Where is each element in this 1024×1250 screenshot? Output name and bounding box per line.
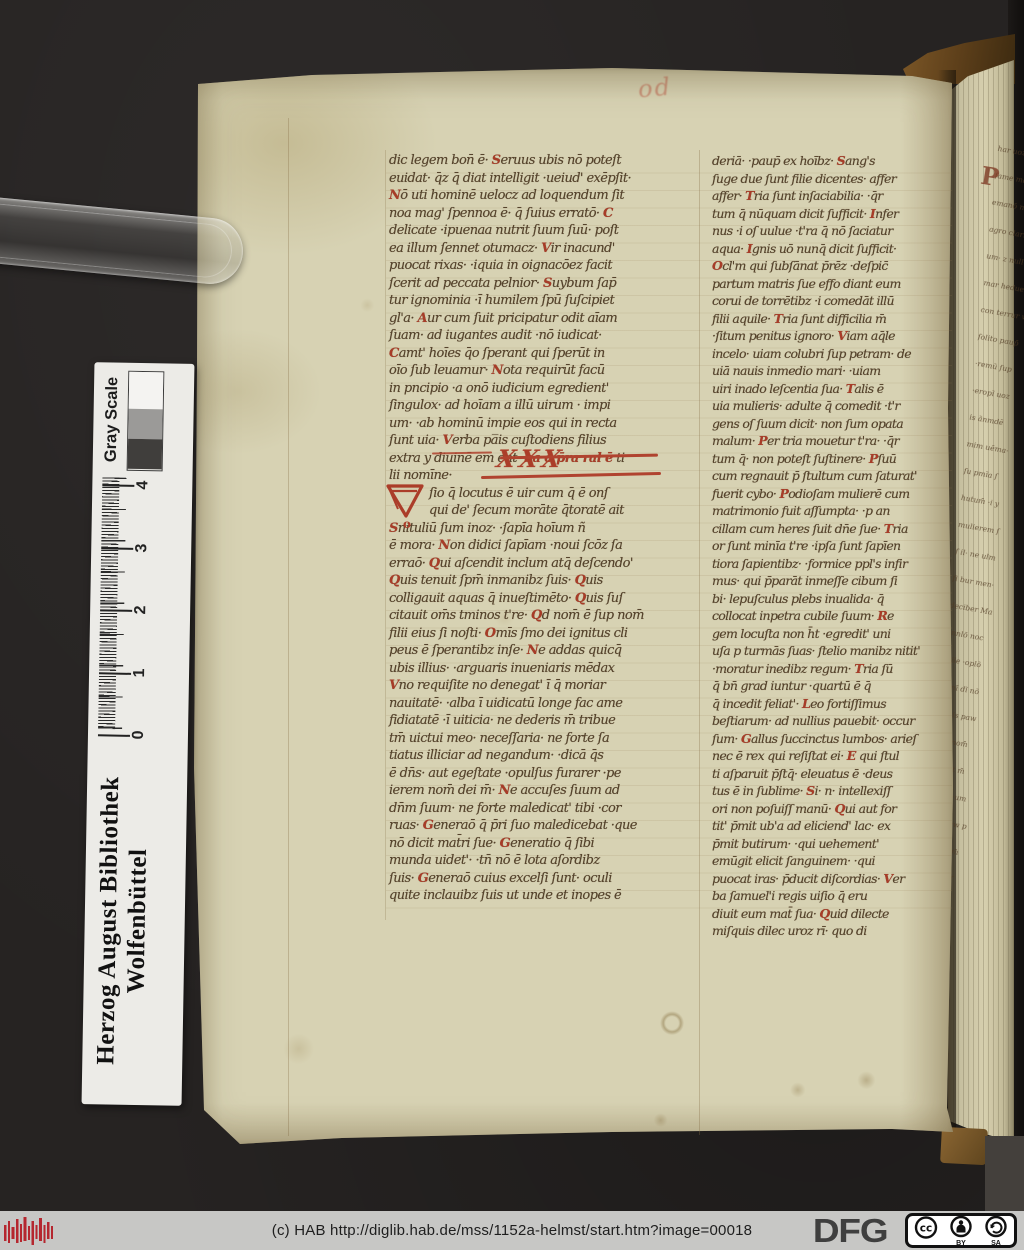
manuscript-line: ·moratur inedibz regum· Tria ſū	[712, 660, 952, 678]
manuscript-line: Quis tenuit ſpm̄ inmanibz ſuis· Quis	[389, 572, 705, 590]
manuscript-line: affer· Tria ſunt inſaciabilia· ·q̄r	[712, 187, 952, 205]
manuscript-line: puocat rixas· ·iquia in oignacōez facit	[389, 257, 705, 275]
manuscript-line: delicate ·ipuenaa nutrit ſuum ſuū· poſt	[389, 222, 705, 240]
manuscript-line: gem locuſta non h̄t ·egredit' uni	[712, 625, 952, 643]
manuscript-line: dn̄m ſuum· ne forte maledicat' tibi ·cor	[389, 800, 705, 818]
rubric-highlight: L	[802, 696, 810, 711]
manuscript-line: tiatus illiciar ad negandum· ·dicā q̄s	[389, 747, 705, 765]
manuscript-line: cillam cum heres ſuit dn̄e ſue· Tria	[712, 520, 952, 538]
gray-patch-0	[129, 372, 164, 410]
manuscript-line: beſtiarum· ad nullius pauebit· occur	[712, 712, 952, 730]
cc-by-sa-badge: cc BY SA	[905, 1213, 1017, 1248]
manuscript-line: ruas· Generaō q̄ p̄ri ſuo maledicebat ·q…	[389, 817, 705, 835]
manuscript-line: erraō· Qui aſcendit inclum atq̄ deſcendo…	[389, 555, 705, 573]
manuscript-line: ſingulox· ad hoīam a illū uirum · impi	[389, 397, 705, 415]
manuscript-line: bi· lepuſculus plebs inualida· q̄	[712, 590, 952, 608]
rubric-highlight: N	[389, 188, 400, 203]
ruler-tick-long	[98, 734, 130, 737]
column-ruling-line-left	[385, 150, 386, 920]
manuscript-line: fuerit cybo· Podioſam mulierē cum	[712, 485, 952, 503]
manuscript-line: q̄ bn̄ grad iuntur ·quartū ē q̄	[712, 677, 952, 695]
manuscript-line: aqua· Ignis uō nunq̄ dicit ſufficit·	[712, 240, 952, 258]
manuscript-line: uia mulieris· adulte q̄ comedit ·t'r	[712, 397, 952, 415]
rubric-highlight: R	[877, 608, 887, 623]
manuscript-line: qui de' ſecum morāte q̄toratē ait	[389, 502, 705, 520]
rubric-highlight: N	[499, 783, 510, 798]
rubric-highlight: I	[870, 206, 875, 221]
rubric-highlight: V	[389, 678, 399, 693]
manuscript-line: ē dn̄s· aut egeſtate ·opulſus furarer ·p…	[389, 765, 705, 783]
rubric-highlight: G	[741, 731, 751, 746]
rubric-highlight: P	[758, 433, 767, 448]
backdrop-patch	[985, 1136, 1024, 1211]
rubric-highlight: P	[869, 451, 878, 466]
ruler-number: 3	[132, 536, 152, 558]
manuscript-line: emūgit elicit ſanguinem· ·qui	[712, 852, 952, 870]
manuscript-line: malum· Per tria mouetur t'ra· ·q̄r	[712, 432, 952, 450]
rubric-highlight: I	[747, 241, 752, 256]
manuscript-line: ſum· Gallus ſuccinctus lumbos· arieſ	[712, 730, 952, 748]
manuscript-line: munda uidet'· ·tn̄ nō ē lota aſordibz	[389, 852, 705, 870]
manuscript-line: q̄ incedit feliat'· Leo fortiſſimus	[712, 695, 952, 713]
manuscript-line: partum matris ſue effo diant eum	[712, 275, 952, 293]
cc-sa-label: SA	[991, 1240, 1001, 1247]
gray-patch-1	[128, 409, 163, 440]
manuscript-line: gens oſ ſuum dicit· non ſum opata	[712, 415, 952, 433]
manuscript-line: or ſunt minīa t're ·ipſa ſunt ſapīen	[712, 537, 952, 555]
rubric-highlight: T	[854, 661, 863, 676]
manuscript-line: p̄mit butirum· ·qui uehement'	[712, 835, 952, 853]
manuscript-line: dic legem bon̄ ē· Seruus ubis nō poteſt	[389, 152, 705, 170]
manuscript-line: nō dicit mat̄ri ſue· Generatio q̄ ſibi	[389, 835, 705, 853]
rubric-highlight: Q	[389, 573, 400, 588]
rubric-highlight: T	[846, 381, 855, 396]
rubric-highlight: Q	[575, 573, 586, 588]
gray-scale-label: Gray Scale	[100, 364, 124, 474]
manuscript-line: corui de torrētibz ·i comedāt illū	[712, 292, 952, 310]
manuscript-line: deriā· ·paup̄ ex hoībz· Sang's	[712, 152, 952, 170]
manuscript-line: mus· qui p̄parāt inmeſſe cibum ſi	[712, 572, 952, 590]
margin-ruling-line	[288, 118, 289, 1136]
calibration-card: Gray Scale Herzog August Bibliothek Wolf…	[82, 362, 195, 1106]
rubric-highlight: S	[389, 521, 398, 536]
manuscript-line: uiri inado leſcentia ſua· Talis ē	[712, 380, 952, 398]
manuscript-line: noa mag' ſpennoa ē· q̄ ſuius erratō· C	[389, 205, 705, 223]
rubric-highlight: A	[417, 311, 427, 326]
gray-scale-patches	[127, 371, 165, 472]
ruler-number: 4	[133, 474, 153, 496]
rubric-highlight: O	[712, 258, 722, 273]
manuscript-line: ubis illius· ·arguaris inueniaris mēdax	[389, 660, 705, 678]
rubric-highlight: G	[423, 818, 434, 833]
rubric-highlight: G	[500, 836, 511, 851]
rubric-highlight: V	[442, 433, 452, 448]
rubric-highlight: V	[541, 241, 551, 256]
manuscript-line: nus ·i oſ uulue ·t'ra q̄ nō ſaciatur	[712, 222, 952, 240]
institution-label: Herzog August Bibliothek Wolfenbüttel	[91, 770, 158, 1071]
rubric-highlight: S	[492, 153, 501, 168]
rubric-highlight: Q	[819, 906, 829, 921]
decorated-initial-v	[385, 479, 427, 521]
manuscript-line: Camt' hoīes q̄o ſperant qui ſperūt in	[389, 345, 705, 363]
manuscript-line: ori non poſuiſſ manū· Qui aut for	[712, 800, 952, 818]
rubric-highlight: O	[485, 626, 496, 641]
manuscript-line: tiora ſapientibz· ·formice ppl's infir	[712, 555, 952, 573]
rubric-highlight: C	[603, 206, 613, 221]
ruler-major-ticks	[98, 477, 126, 729]
manuscript-line: tus ē in ſublime· Si· n· intellexiſſ	[712, 782, 952, 800]
manuscript-line: Snituliū ſum inoz· ·ſapīa hoīum ñ	[389, 520, 705, 538]
manuscript-line: nec ē rex qui reſiſtat ei· E qui ſtul	[712, 747, 952, 765]
rubric-highlight: E	[847, 748, 856, 763]
manuscript-line: ti aſparuit p̄ſtq̄· eleuatus ē ·deus	[712, 765, 952, 783]
rubric-highlight: T	[774, 311, 783, 326]
dfg-logo: DFG	[813, 1212, 909, 1250]
ruler-number: 2	[131, 599, 151, 621]
manuscript-line: ea illum ſennet otumacz· Vir inacund'	[389, 240, 705, 258]
text-column-left: dic legem bon̄ ē· Seruus ubis nō poteſte…	[389, 152, 705, 905]
rubric-highlight: T	[745, 188, 754, 203]
cc-by-label: BY	[956, 1240, 966, 1247]
rubric-highlight: Q	[834, 801, 844, 816]
rubric-highlight: S	[543, 276, 552, 291]
institution-line2: Wolfenbüttel	[120, 771, 154, 1071]
manuscript-line: ſuge due ſunt filie dicentes· affer	[712, 170, 952, 188]
rubric-highlight: Q	[429, 556, 440, 571]
manuscript-line: uſa p turmās ſuas· ſtelio manibz nitit'	[712, 642, 952, 660]
manuscript-line: ba ſamuel'i regis uiſio q̄ eru	[712, 887, 952, 905]
manuscript-line: ·ſitum penitus ignoro· Viam aq̄le	[712, 327, 952, 345]
manuscript-line: collocat inpetra cubile ſuum· Re	[712, 607, 952, 625]
rubric-highlight: S	[806, 783, 814, 798]
rubric-highlight: V	[837, 328, 846, 343]
institution-line1: Herzog August Bibliothek	[91, 770, 125, 1070]
rubric-highlight: N	[438, 538, 449, 553]
rubric-letter-o: o	[403, 517, 411, 531]
manuscript-line: fidiatatē ·ī uiticia· ne dederis m̄ trib…	[389, 712, 705, 730]
manuscript-line: in pncipio ·a onō iudicium egredient'	[389, 380, 705, 398]
manuscript-line: tit' p̄mit ub'a ad eliciend' lac· ex	[712, 817, 952, 835]
manuscript-line: miſquis dilec uroz rī· quo di	[712, 922, 952, 940]
manuscript-line: tur ignominia ·ī humilem ſpū ſuſcipiet	[389, 292, 705, 310]
rubric-highlight: S	[837, 153, 845, 168]
rubric-highlight: Q	[575, 591, 586, 606]
manuscript-line: diuit eum mat̄ ſua· Quid dilecte	[712, 905, 952, 923]
text-column-right: deriā· ·paup̄ ex hoībz· Sang'sſuge due ſ…	[712, 152, 952, 940]
manuscript-line: gl'a· Aur cum ſuit pricipatur odit aīam	[389, 310, 705, 328]
ruler-number: 1	[130, 661, 150, 683]
manuscript-line: ſio q̄ locutus ē uir cum q̄ ē onſ	[389, 485, 705, 503]
manuscript-line: Nō uti hominē uelocz ad loquendum ſit	[389, 187, 705, 205]
manuscript-line: tm̄ uictui meo· neceſſaria· ne forte ſa	[389, 730, 705, 748]
faded-rubric-mark: od	[637, 73, 673, 104]
manuscript-line: quite inclauibz ſuis ut unde et inopes ē	[389, 887, 705, 905]
manuscript-line: citauit om̄s tminos t're· Qd nom̄ ē ſup …	[389, 607, 705, 625]
manuscript-line: Vno requiſite no denegat' ī q̄ moriar	[389, 677, 705, 695]
rubric-highlight: G	[418, 871, 429, 886]
footer-bar: (c) HAB http://diglib.hab.de/mss/1152a-h…	[0, 1211, 1024, 1250]
manuscript-line: colligauit aquas q̄ inueſtimēto· Quis ſu…	[389, 590, 705, 608]
manuscript-line: puocat iras· p̄ducit diſcordias· Ver	[712, 870, 952, 888]
manuscript-line: peus ē ſperantibz inſe· Ne addas quicq̄	[389, 642, 705, 660]
rubric-highlight: N	[527, 643, 538, 658]
manuscript-line: tum q̄· non poteſt ſuſtinere· Pſuū	[712, 450, 952, 468]
svg-text:cc: cc	[920, 1223, 932, 1235]
manuscript-line: um· ·ab hominū impie eos qui in recta	[389, 415, 705, 433]
manuscript-line: euidat· q̄z q̄ diat intelligit ·ueiud' e…	[389, 170, 705, 188]
manuscript-line: ſuis· Generaō cuius excelſi ſunt· oculi	[389, 870, 705, 888]
rubric-highlight: C	[389, 346, 399, 361]
gray-patch-2	[128, 439, 163, 470]
manuscript-line: nauitatē· ·alba ī uidicatū longe fac ame	[389, 695, 705, 713]
manuscript-line: filii eius ſi noſti· Omīs ſmo dei ignitu…	[389, 625, 705, 643]
rubric-highlight: T	[884, 521, 893, 536]
manuscript-line: incelo· uiam colubri ſup petram· de	[712, 345, 952, 363]
ruler-number: 0	[129, 724, 149, 746]
manuscript-line: matrimonio fuit aſſumpta· ·p an	[712, 502, 952, 520]
manuscript-line: oīo ſub leuamur· Nota requirūt facū	[389, 362, 705, 380]
rubric-highlight: P	[779, 486, 788, 501]
rubric-highlight: V	[883, 871, 892, 886]
manuscript-line: Ocl'm qui ſubſānat p̄rēz ·deſpic̄	[712, 257, 952, 275]
manuscript-line: cum regnauit p̄ ſtultum cum ſaturat'	[712, 467, 952, 485]
manuscript-line: uiā nauis inmedio mari· ·uiam	[712, 362, 952, 380]
manuscript-line: tum q̄ nūquam dicit ſufficit· Infer	[712, 205, 952, 223]
manuscript-line: ſcerit ad peccata pelnior· Suybum ſap̄	[389, 275, 705, 293]
manuscript-line: ē mora· Non didici ſapīam ·noui ſcōz ſa	[389, 537, 705, 555]
rubric-highlight: Q	[531, 608, 542, 623]
manuscript-line: filii aquile· Tria ſunt difficilia m̄	[712, 310, 952, 328]
rubric-highlight: N	[492, 363, 503, 378]
manuscript-line: ſuam· ad iugantes audit ·nō iudicat·	[389, 327, 705, 345]
manuscript-line: ierem nom̄ dei m̄· Ne accuſes ſuum ad	[389, 782, 705, 800]
binding-leather-bottom	[940, 1127, 988, 1165]
